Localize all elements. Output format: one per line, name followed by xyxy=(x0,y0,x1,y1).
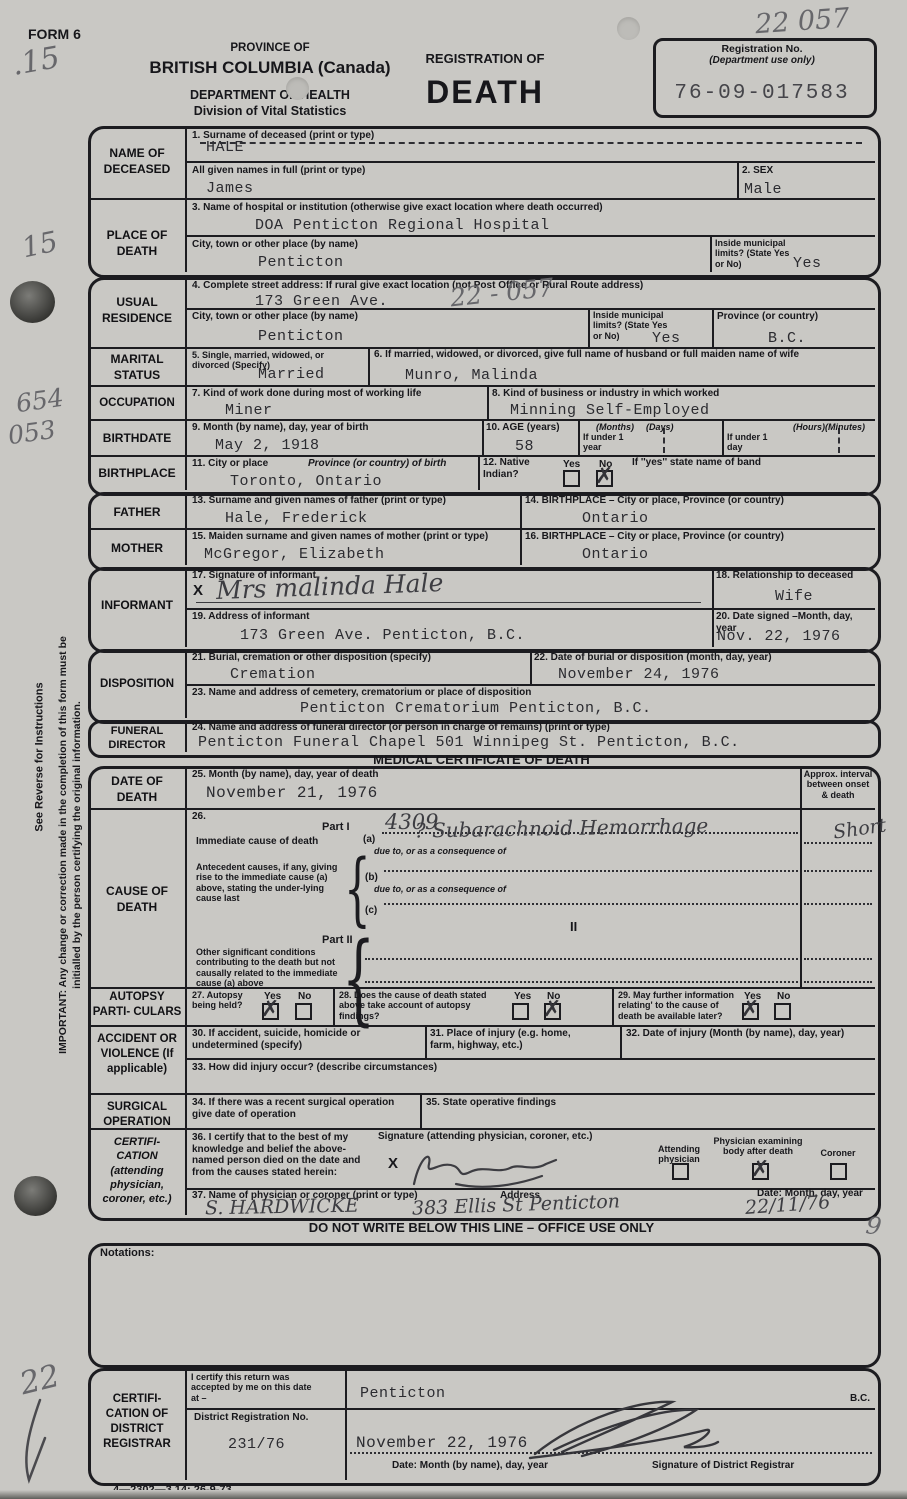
registrar-accept-label: I certify this return was accepted by me… xyxy=(191,1372,321,1403)
field31-label: 31. Place of injury (e.g. home, farm, hi… xyxy=(430,1028,595,1051)
divider xyxy=(482,419,484,455)
section-label-funeral-director: FUNERAL DIRECTOR xyxy=(92,724,182,753)
field12-label: 12. Native Indian? xyxy=(483,457,541,480)
disposition-date-value: November 24, 1976 xyxy=(558,666,720,683)
pencil-mark-15: 15 xyxy=(19,225,61,265)
attending-physician-label: Attending physician xyxy=(648,1144,710,1165)
father-name-value: Hale, Frederick xyxy=(225,510,368,527)
field9-label: 9. Month (by name), day, year of birth xyxy=(192,422,369,434)
dotted-line xyxy=(365,981,798,983)
physician-name-value: S. HARDWICKE xyxy=(205,1195,359,1220)
physician-signature-label: Signature (attending physician, coroner,… xyxy=(378,1131,592,1143)
registration-of-line: REGISTRATION OF xyxy=(395,52,575,67)
antecedent-label: Antecedent causes, if any, giving rise t… xyxy=(196,862,348,903)
pencil-mark-654: 654 xyxy=(14,383,65,418)
immediate-cause-label: Immediate cause of death xyxy=(196,836,331,848)
res-province-label: Province (or country) xyxy=(717,311,818,323)
dotted-line xyxy=(365,958,798,960)
section-label-marital-status: MARITAL STATUS xyxy=(92,352,182,383)
department-use-label: (Department use only) xyxy=(658,55,866,67)
field18-label: 18. Relationship to deceased xyxy=(716,570,866,582)
dotted-line xyxy=(350,1452,872,1454)
important-note: IMPORTANT: Any change or correction made… xyxy=(56,619,84,1071)
registration-no-label: Registration No. xyxy=(658,43,866,55)
field10-label: 10. AGE (years) xyxy=(486,422,578,434)
under-day-label: If under 1 day xyxy=(727,432,773,453)
due-to-label-a: due to, or as a consequence of xyxy=(374,846,506,856)
field11-label2: Province (or country) of birth xyxy=(308,458,446,470)
coroner-checkbox xyxy=(830,1163,847,1180)
divider xyxy=(712,308,714,347)
res-province-value: B.C. xyxy=(768,330,806,347)
sex-value: Male xyxy=(744,181,782,198)
pencil-mark-053: 053 xyxy=(6,415,57,450)
q28-no-checkbox xyxy=(544,1003,561,1020)
field13-label: 13. Surname and given names of father (p… xyxy=(192,495,446,507)
department-line: DEPARTMENT OF HEALTH xyxy=(150,88,390,102)
section-label-father: FATHER xyxy=(92,505,182,521)
section-label-autopsy: AUTOPSY PARTI- CULARS xyxy=(92,990,182,1020)
hours-minutes-label: (Hours)(Minutes) xyxy=(793,422,873,432)
q27-yes-checkbox xyxy=(262,1003,279,1020)
native-no-checkbox xyxy=(596,470,613,487)
field36-label: 36. I certify that to the best of my kno… xyxy=(192,1132,370,1178)
given-names-value: James xyxy=(206,180,254,197)
relationship-value: Wife xyxy=(775,588,813,605)
q28-yes-checkbox xyxy=(512,1003,529,1020)
months-label: (Months) xyxy=(596,422,634,432)
punch-hole-top-right xyxy=(617,17,640,40)
field32-label: 32. Date of injury (Month (by name), day… xyxy=(626,1028,871,1040)
divider xyxy=(88,1025,875,1027)
notations-label: Notations: xyxy=(100,1247,154,1260)
punch-hole-top-left xyxy=(286,77,309,100)
cause-c-label: (c) xyxy=(365,905,377,917)
divider xyxy=(487,385,489,419)
field4-label: 4. Complete street address: If rural giv… xyxy=(192,280,643,292)
field15-label: 15. Maiden surname and given names of mo… xyxy=(192,531,488,543)
pod-limits-label: Inside municipal limits? (State Yes or N… xyxy=(715,238,795,269)
spouse-name-value: Munro, Malinda xyxy=(405,367,538,384)
work-value: Miner xyxy=(225,402,273,419)
pencil-checkmark xyxy=(18,1398,52,1486)
field35-label: 35. State operative findings xyxy=(426,1097,556,1109)
divider xyxy=(737,161,739,198)
native-yes-label: Yes xyxy=(563,459,580,471)
divider xyxy=(425,1025,427,1058)
death-title: DEATH xyxy=(395,74,575,111)
divider xyxy=(185,608,875,610)
physician-x-mark: X xyxy=(388,1155,398,1172)
field25-label: 25. Month (by name), day, year of death xyxy=(192,769,379,781)
native-yes-checkbox xyxy=(563,470,580,487)
divider xyxy=(185,1058,875,1060)
section-label-occupation: OCCUPATION xyxy=(92,396,182,411)
section-label-informant: INFORMANT xyxy=(92,598,182,614)
industry-value: Minning Self-Employed xyxy=(510,402,710,419)
dotted-line xyxy=(804,958,872,960)
divider xyxy=(712,567,714,647)
dotted-line xyxy=(804,903,872,905)
field11-label: 11. City or place xyxy=(192,458,268,470)
q29-yes-checkbox xyxy=(742,1003,759,1020)
cause-b-label: (b) xyxy=(365,872,378,884)
section-label-accident: ACCIDENT OR VIOLENCE (If applicable) xyxy=(92,1032,182,1077)
section-label-certification: CERTIFI- CATION (attending physician, co… xyxy=(92,1135,182,1206)
divider xyxy=(185,684,875,686)
field34-label: 34. If there was a recent surgical opera… xyxy=(192,1097,402,1120)
divider xyxy=(722,419,724,455)
mother-birthplace-value: Ontario xyxy=(582,546,649,563)
sex-label: 2. SEX xyxy=(742,165,773,177)
section-label-district-registrar: CERTIFI- CATION OF DISTRICT REGISTRAR xyxy=(92,1392,182,1452)
due-to-label-b: due to, or as a consequence of xyxy=(374,884,506,894)
street-value: 173 Green Ave. xyxy=(255,293,388,310)
divider xyxy=(530,649,532,684)
death-registration-form: FORM 6 .15 PROVINCE OF BRITISH COLUMBIA … xyxy=(0,0,907,1499)
field23-label: 23. Name and address of cemetery, cremat… xyxy=(192,687,531,699)
physician-signature xyxy=(402,1144,562,1192)
division-line: Division of Vital Statistics xyxy=(150,104,390,118)
divider xyxy=(185,1368,187,1480)
birthplace-value: Toronto, Ontario xyxy=(230,473,382,490)
divider xyxy=(88,808,875,810)
registrar-signature-label: Signature of District Registrar xyxy=(652,1460,794,1472)
registrar-date-label: Date: Month (by name), day, year xyxy=(392,1460,548,1472)
section-label-disposition: DISPOSITION xyxy=(92,677,182,692)
divider xyxy=(800,766,802,987)
res-city-label: City, town or other place (by name) xyxy=(192,311,358,323)
section-label-cause-of-death: CAUSE OF DEATH xyxy=(92,884,182,915)
field14-label: 14. BIRTHPLACE – City or place, Province… xyxy=(525,495,784,507)
section-label-usual-residence: USUAL RESIDENCE xyxy=(92,295,182,326)
divider xyxy=(88,385,875,387)
part1-label: Part I xyxy=(322,821,350,834)
q27-no-checkbox xyxy=(295,1003,312,1020)
divider xyxy=(368,347,370,385)
section-label-surgical: SURGICAL OPERATION xyxy=(92,1100,182,1130)
province-of-line: PROVINCE OF xyxy=(170,42,370,55)
q29-no-checkbox xyxy=(774,1003,791,1020)
office-use-line: DO NOT WRITE BELOW THIS LINE – OFFICE US… xyxy=(88,1221,875,1236)
examining-physician-label: Physician examining body after death xyxy=(712,1136,804,1157)
field27-label: 27. Autopsy being held? xyxy=(192,990,254,1011)
field22-label: 22. Date of burial or disposition (month… xyxy=(534,652,772,664)
dotted-line xyxy=(804,981,872,983)
father-birthplace-value: Ontario xyxy=(582,510,649,527)
birthdate-value: May 2, 1918 xyxy=(215,437,320,454)
field30-label: 30. If accident, suicide, homicide or un… xyxy=(192,1028,407,1051)
section-label-place-of-death: PLACE OF DEATH xyxy=(92,228,182,259)
divider xyxy=(478,455,480,490)
notations-box xyxy=(88,1243,881,1368)
field24-label: 24. Name and address of funeral director… xyxy=(192,722,610,734)
interval-header: Approx. interval between onset & death xyxy=(803,769,873,800)
examining-checkbox xyxy=(752,1163,769,1180)
section-label-birthplace: BIRTHPLACE xyxy=(92,466,182,482)
see-reverse-note: See Reverse for Instructions xyxy=(34,682,47,831)
field26-label: 26. xyxy=(192,811,206,823)
pod-city-value: Penticton xyxy=(258,254,344,271)
days-label: (Days) xyxy=(646,422,674,432)
attending-checkbox xyxy=(672,1163,689,1180)
field28-label: 28. Does the cause of death stated above… xyxy=(339,990,507,1021)
res-limits-value: Yes xyxy=(652,330,681,347)
funeral-director-value: Penticton Funeral Chapel 501 Winnipeg St… xyxy=(198,734,740,751)
field29-label: 29. May further information relating' to… xyxy=(618,990,740,1021)
q29-no-label: No xyxy=(777,991,790,1003)
divider xyxy=(88,1093,875,1095)
field6-label: 6. If married, widowed, or divorced, giv… xyxy=(374,349,874,361)
section-label-birthdate: BIRTHDATE xyxy=(92,431,182,447)
divider xyxy=(185,567,187,647)
pencil-registration-number: 22 057 xyxy=(754,3,850,41)
pod-limits-value: Yes xyxy=(793,255,822,272)
pencil-mark-22: 22 xyxy=(16,1358,63,1402)
divider xyxy=(185,766,187,1215)
divider xyxy=(520,492,522,565)
coroner-label: Coroner xyxy=(808,1148,868,1158)
district-reg-no-value: 231/76 xyxy=(228,1436,285,1453)
registrar-place-value: Penticton xyxy=(360,1385,446,1402)
section-label-mother: MOTHER xyxy=(92,541,182,557)
q28-yes-label: Yes xyxy=(514,991,531,1003)
date-signed-value: Nov. 22, 1976 xyxy=(717,628,841,645)
informant-address-value: 173 Green Ave. Penticton, B.C. xyxy=(240,627,525,644)
district-reg-no-label: District Registration No. xyxy=(194,1412,308,1424)
punch-hole-left-lower xyxy=(14,1176,57,1216)
part2-roman-numeral: II xyxy=(570,920,577,935)
brace-bc: { xyxy=(344,842,371,935)
field7-label: 7. Kind of work done during most of work… xyxy=(192,388,421,400)
field21-label: 21. Burial, cremation or other dispositi… xyxy=(192,652,431,664)
field33-label: 33. How did injury occur? (describe circ… xyxy=(192,1062,437,1074)
field3-label: 3. Name of hospital or institution (othe… xyxy=(192,202,603,214)
field16-label: 16. BIRTHPLACE – City or place, Province… xyxy=(525,531,784,543)
divider xyxy=(420,1093,422,1128)
divider xyxy=(612,987,614,1025)
q27-no-label: No xyxy=(298,991,311,1003)
res-city-value: Penticton xyxy=(258,328,344,345)
dashed-line xyxy=(200,142,862,144)
age-value: 58 xyxy=(515,438,534,455)
divider xyxy=(185,235,875,237)
field19-label: 19. Address of informant xyxy=(192,611,309,623)
divider xyxy=(333,987,335,1025)
disposition-method-value: Cremation xyxy=(230,666,316,683)
band-label: If ''yes'' state name of band xyxy=(632,457,761,469)
registration-number-value: 76-09-017583 xyxy=(658,82,866,105)
dotted-line xyxy=(804,870,872,872)
divider xyxy=(588,308,590,347)
divider xyxy=(578,419,580,455)
other-significant-label: Other significant conditions contributin… xyxy=(196,947,348,988)
divider xyxy=(88,1128,875,1130)
divider xyxy=(185,720,187,752)
signature-line xyxy=(196,602,701,603)
cause-a-value: ? Subarachnoid Hemorrhage xyxy=(415,813,709,842)
dotted-line xyxy=(384,903,798,905)
registrar-bc-label: B.C. xyxy=(850,1393,870,1405)
dotted-line xyxy=(384,870,798,872)
pencil-squiggle: 9 xyxy=(864,1211,883,1241)
hospital-value: DOA Penticton Regional Hospital xyxy=(255,217,550,234)
province-name: BRITISH COLUMBIA (Canada) xyxy=(110,58,430,78)
death-date-value: November 21, 1976 xyxy=(206,784,378,802)
divider xyxy=(710,235,712,272)
informant-x-mark: X xyxy=(193,582,203,599)
divider xyxy=(88,198,875,200)
divider xyxy=(345,1368,347,1480)
pencil-mark-dot15: .15 xyxy=(9,40,62,83)
mother-name-value: McGregor, Elizabeth xyxy=(204,546,385,563)
divider xyxy=(185,161,875,163)
divider xyxy=(620,1025,622,1058)
divider xyxy=(88,528,875,530)
registrar-date-value: November 22, 1976 xyxy=(356,1434,528,1452)
field8-label: 8. Kind of business or industry in which… xyxy=(492,388,719,400)
section-label-date-of-death: DATE OF DEATH xyxy=(92,774,182,805)
pod-city-label: City, town or other place (by name) xyxy=(192,239,358,251)
marital-status-value: Married xyxy=(258,366,325,383)
scan-edge-shadow xyxy=(0,1490,907,1499)
disposition-place-value: Penticton Crematorium Penticton, B.C. xyxy=(300,700,652,717)
punch-hole-left-upper xyxy=(10,281,55,323)
section-label-name-of-deceased: NAME OF DECEASED xyxy=(92,146,182,177)
under-year-label: If under 1 year xyxy=(583,432,629,453)
given-names-label: All given names in full (print or type) xyxy=(192,165,365,177)
